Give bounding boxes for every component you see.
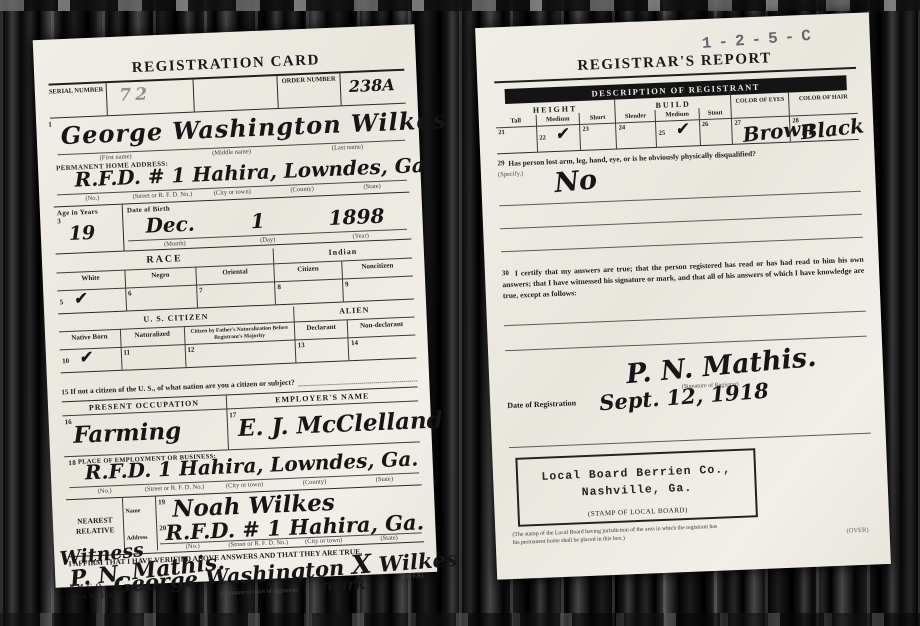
age-label: Age in Years (57, 207, 119, 218)
height-medium-checkmark: ✔ (555, 126, 570, 143)
citizen-cell-11: 11 (120, 344, 185, 370)
nation-question-blank (298, 371, 417, 387)
scanner-edge-top (0, 0, 920, 11)
color-of-eyes-header: COLOR OF EYES (730, 93, 789, 118)
race-cell-9: 9 (342, 276, 414, 302)
age-field: Age in Years 3 19 (54, 205, 125, 254)
serial-number-label: SERIAL NUMBER (49, 83, 108, 117)
order-number-value: 238A (349, 77, 395, 95)
date-of-registration-value: Sept. 12, 1918 (598, 379, 769, 413)
occupation-field: 16 Farming (62, 410, 227, 457)
age-value: 19 (68, 224, 95, 244)
registration-card: REGISTRATION CARD SERIAL NUMBER 72 ORDER… (33, 24, 438, 588)
citizen-cell-10: 10✔ (60, 347, 121, 373)
order-number-label: ORDER NUMBER (276, 73, 341, 108)
desc-cell-26: 26 (699, 118, 733, 145)
stamp-section-rule (509, 432, 871, 448)
desc-cell-24: 24 (615, 121, 656, 149)
hair-value-cell: 28Black (789, 113, 859, 142)
desc-cell-22: 22✔ (536, 124, 580, 152)
citizen-col-declarant: Declarant (294, 319, 348, 339)
stamp-instruction-note: (The stamp of the Local Board having jur… (512, 524, 722, 548)
race-cell-5: 5✔ (57, 288, 126, 314)
dob-field: Date of Birth Dec. 1 1898 (Month) (Day) … (123, 193, 412, 251)
registrars-report-card: 1-2-5-C REGISTRAR'S REPORT DESCRIPTION O… (475, 12, 891, 579)
date-of-registration-label: Date of Registration (507, 398, 576, 410)
dob-day: 1 (222, 209, 294, 232)
race-cell-6: 6 (125, 285, 197, 311)
disqualification-answer: No (553, 166, 598, 197)
stamp-of-local-board-label: (STAMP OF LOCAL BOARD) (526, 504, 751, 521)
desc-cell-21: 21 (496, 126, 537, 154)
scanned-draft-card-page: REGISTRATION CARD SERIAL NUMBER 72 ORDER… (0, 0, 920, 626)
field-15-number: 15 (61, 388, 68, 396)
dob-year: 1898 (293, 205, 403, 230)
age-field-number: 3 (57, 217, 61, 225)
citizen-cell-13: 13 (294, 337, 348, 362)
signature-sublabel: (Signature or mark of registrant) (220, 588, 298, 597)
build-medium-checkmark: ✔ (674, 121, 689, 138)
citizenship-table: U. S. CITIZEN ALIEN Native Born Naturali… (58, 302, 416, 374)
dob-month: Dec. (131, 212, 222, 236)
occupation-value: Farming (73, 420, 182, 448)
employer-value: E. J. McClelland (237, 409, 443, 441)
local-board-stamp-box: Local Board Berrien Co., Nashville, Ga. … (515, 448, 758, 527)
serial-number-cell: 72 (106, 80, 195, 116)
over-note-right: (OVER) (846, 526, 868, 534)
race-cell-7: 7 (196, 281, 275, 307)
desc-cell-25: 25✔ (655, 119, 699, 147)
citizen-cell-12: 12 (184, 340, 295, 368)
serial-number-value: 72 (119, 86, 151, 104)
desc-cell-23: 23 (579, 123, 616, 150)
hair-color-value: Black (800, 115, 865, 142)
race-cell-8: 8 (274, 279, 343, 305)
color-of-hair-header: COLOR OF HAIR (788, 90, 858, 116)
citizen-cell-14: 14 (348, 335, 417, 361)
name-field-number: 1 (48, 121, 52, 129)
native-born-checkmark: ✔ (78, 350, 93, 367)
race-white-checkmark: ✔ (72, 291, 87, 308)
scanner-edge-bottom (0, 613, 920, 626)
registrar-signature-block: P. N. Mathis. (Signature of Registrar) D… (505, 340, 869, 416)
order-number-cell: 238A (340, 71, 405, 106)
over-note-left: (OVER) (401, 573, 423, 581)
mark-word: mark (321, 577, 365, 594)
eyes-value-cell: 27Brown (731, 116, 790, 144)
